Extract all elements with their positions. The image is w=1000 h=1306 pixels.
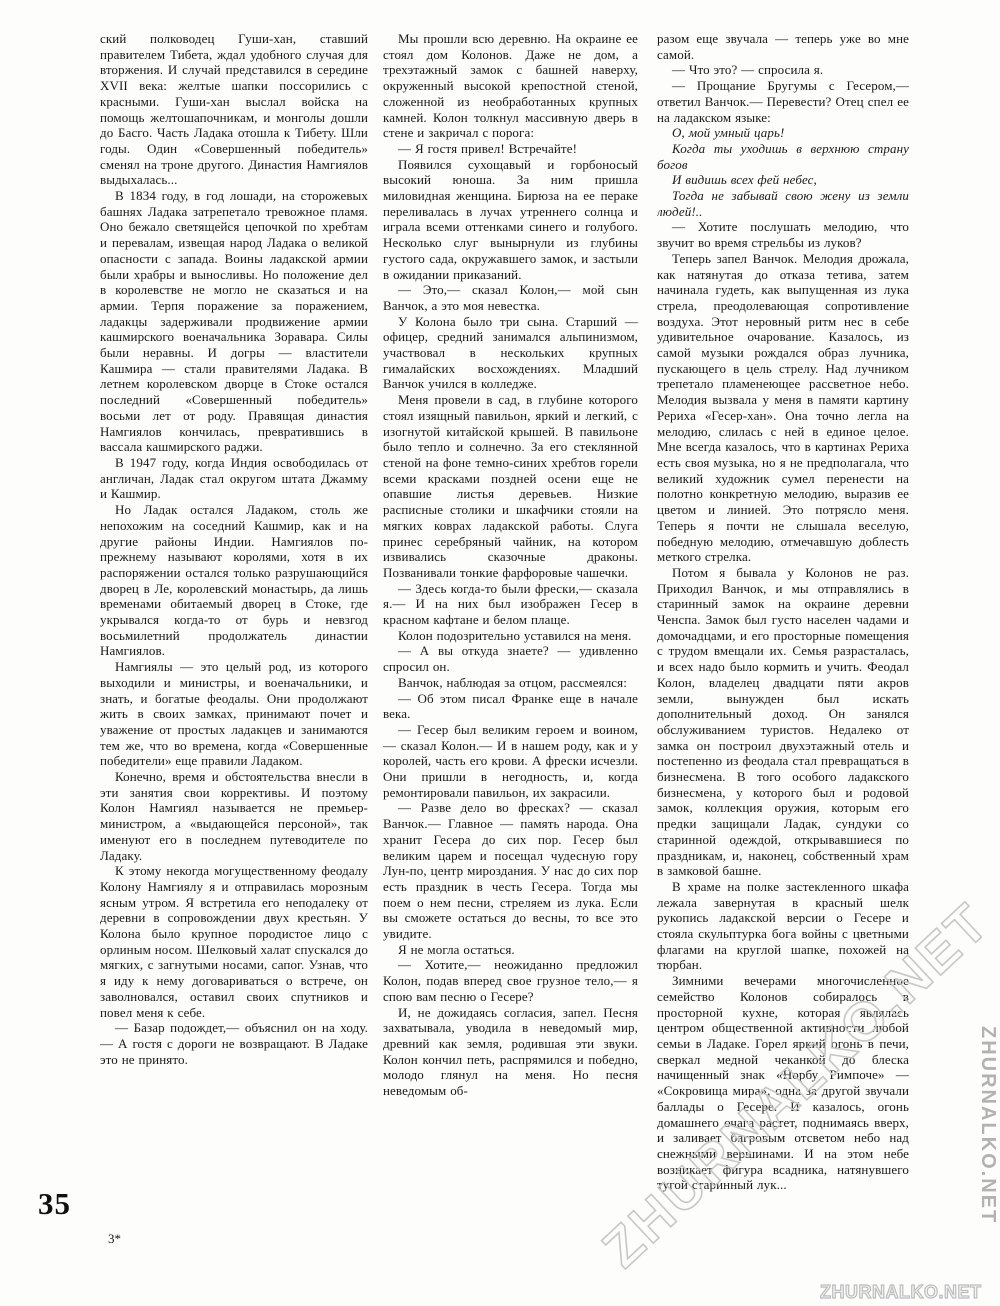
scanned-magazine-page: ский полководец Гуши-хан, ставший правит… xyxy=(0,0,1000,1306)
paragraph: ский полководец Гуши-хан, ставший правит… xyxy=(100,31,368,188)
paragraph: Зимними вечерами многочисленное семейств… xyxy=(657,973,909,1193)
paragraph: О, мой умный царь! xyxy=(657,125,909,141)
paragraph: У Колона было три сына. Старший — офицер… xyxy=(383,314,638,393)
paragraph: разом еще звучала — теперь уже во мне са… xyxy=(657,31,909,62)
paragraph: Колон подозрительно уставился на меня. xyxy=(383,628,638,644)
paragraph: Намгиялы — это целый род, из которого вы… xyxy=(100,659,368,769)
paragraph: — Хотите,— неожиданно предложил Колон, п… xyxy=(383,957,638,1004)
paragraph: — Разве дело во фресках? — сказал Ванчок… xyxy=(383,800,638,941)
paragraph: Тогда не забывай свою жену из земли люде… xyxy=(657,188,909,219)
paragraph: В храме на полке застекленного шкафа леж… xyxy=(657,879,909,973)
paragraph: Потом я бывала у Колонов не раз. Приходи… xyxy=(657,565,909,879)
signature-mark: 3* xyxy=(108,1231,121,1247)
paragraph: — Базар подождет,— объяснил он на ходу.—… xyxy=(100,1020,368,1067)
paragraph: Я не могла остаться. xyxy=(383,942,638,958)
paragraph: — Хотите послушать мелодию, что звучит в… xyxy=(657,219,909,250)
text-column-2: Мы прошли всю деревню. На окраине ее сто… xyxy=(383,31,638,1227)
paragraph: Мы прошли всю деревню. На окраине ее сто… xyxy=(383,31,638,141)
paragraph: К этому некогда могущественному феодалу … xyxy=(100,863,368,1020)
paragraph: — Гесер был великим героем и воином,— ск… xyxy=(383,722,638,801)
paragraph: — Я гостя привел! Встречайте! xyxy=(383,141,638,157)
paragraph: Теперь запел Ванчок. Мелодия дрожала, ка… xyxy=(657,251,909,565)
paragraph: В 1947 году, когда Индия освободилась от… xyxy=(100,455,368,502)
paragraph: — Здесь когда-то были фрески,— сказала я… xyxy=(383,581,638,628)
paragraph: — Это,— сказал Колон,— мой сын Ванчок, а… xyxy=(383,282,638,313)
paragraph: И, не дожидаясь согласия, запел. Песня з… xyxy=(383,1005,638,1099)
paragraph: Но Ладак остался Ладаком, столь же непох… xyxy=(100,502,368,659)
paragraph: Когда ты уходишь в верхнюю страну богов xyxy=(657,141,909,172)
paragraph: Меня провели в сад, в глубине которого с… xyxy=(383,392,638,580)
paragraph: — Об этом писал Франке еще в начале века… xyxy=(383,691,638,722)
paragraph: — А вы откуда знаете? — удивленно спроси… xyxy=(383,643,638,674)
page-number: 35 xyxy=(38,1186,71,1222)
paragraph: В 1834 году, в год лошади, на сторожевых… xyxy=(100,188,368,455)
paragraph: Ванчок, наблюдая за отцом, рассмеялся: xyxy=(383,675,638,691)
watermark-vertical: ZHURNALKO.NET xyxy=(976,1026,999,1224)
watermark-corner: ZHURNALKO.NET xyxy=(820,1282,982,1303)
paragraph: — Прощание Бругумы с Гесером,— ответил В… xyxy=(657,78,909,125)
text-column-1: ский полководец Гуши-хан, ставший правит… xyxy=(100,31,368,1227)
text-column-3: разом еще звучала — теперь уже во мне са… xyxy=(657,31,909,1227)
paragraph: Появился сухощавый и горбоносый высокий … xyxy=(383,157,638,283)
paragraph: И видишь всех фей небес, xyxy=(657,172,909,188)
paragraph: Конечно, время и обстоятельства внесли в… xyxy=(100,769,368,863)
paragraph: — Что это? — спросила я. xyxy=(657,62,909,78)
